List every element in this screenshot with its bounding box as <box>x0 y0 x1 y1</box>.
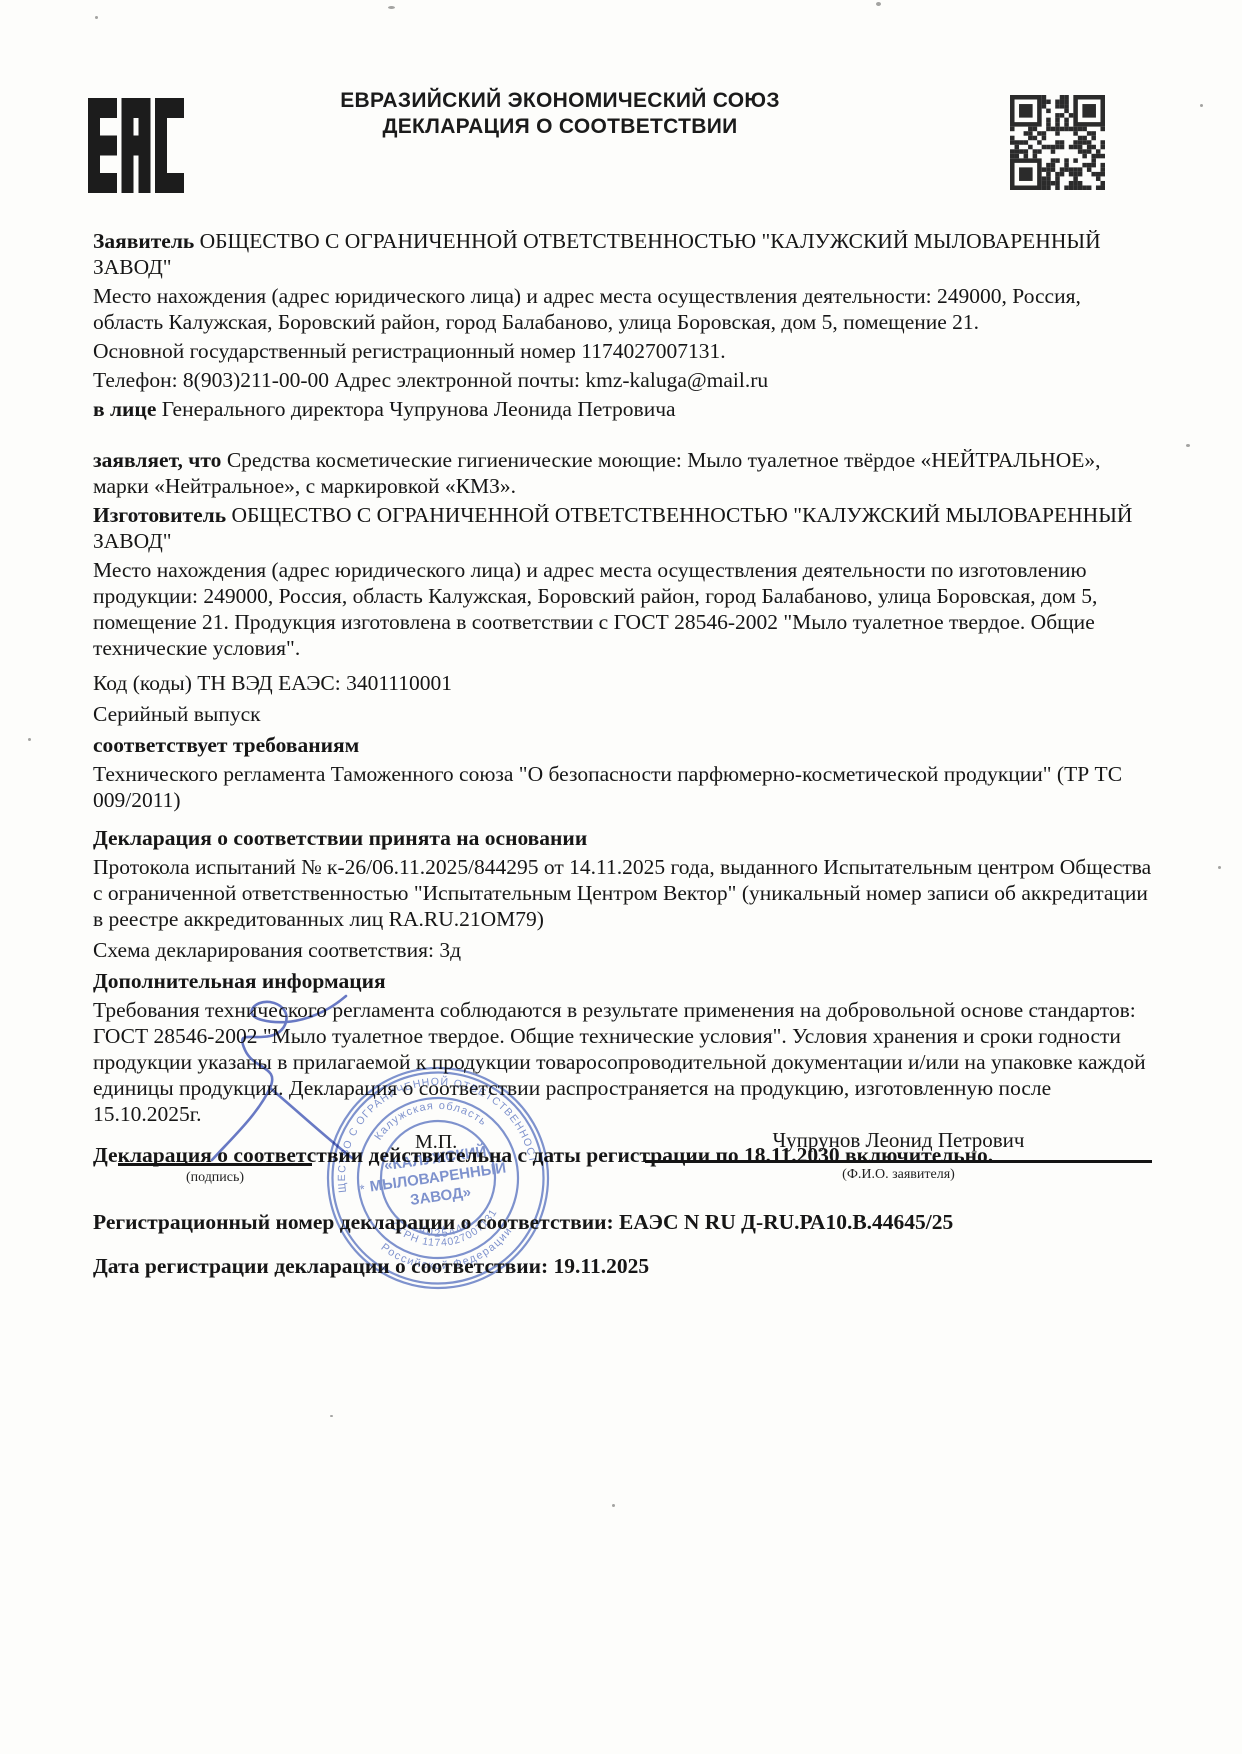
release-type-value: Серийный выпуск <box>93 702 261 726</box>
fio-line <box>645 1160 1152 1163</box>
protocol-line: Протокола испытаний № к-26/06.11.2025/84… <box>93 854 1155 932</box>
complies-heading: соответствует требованиям <box>93 732 1155 758</box>
phone-email-value: Телефон: 8(903)211-00-00 Адрес электронн… <box>93 368 768 392</box>
scan-artifact <box>1218 866 1221 869</box>
scan-artifact <box>95 16 98 19</box>
title-line-1: ЕВРАЗИЙСКИЙ ЭКОНОМИЧЕСКИЙ СОЮЗ <box>280 88 840 114</box>
signatory-name: Чупрунов Леонид Петрович <box>645 1128 1152 1153</box>
basis-heading-text: Декларация о соответствии принята на осн… <box>93 826 587 850</box>
fio-caption: (Ф.И.О. заявителя) <box>645 1167 1152 1183</box>
applicant-label: Заявитель <box>93 229 194 253</box>
basis-heading: Декларация о соответствии принята на осн… <box>93 825 1155 851</box>
in-person-line: в лице Генерального директора Чупрунова … <box>93 396 1155 422</box>
tnved-value: Код (коды) ТН ВЭД ЕАЭС: 3401110001 <box>93 671 452 695</box>
eac-logo <box>88 98 184 193</box>
registration-number-line: Регистрационный номер декларации о соотв… <box>93 1210 953 1235</box>
scan-artifact <box>330 1415 333 1417</box>
scheme-value: Схема декларирования соответствия: 3д <box>93 938 461 962</box>
stamp-star-left: * <box>359 1181 366 1197</box>
regulation-value: Технического регламента Таможенного союз… <box>93 762 1122 812</box>
applicant-address-line: Место нахождения (адрес юридического лиц… <box>93 283 1155 335</box>
protocol-value: Протокола испытаний № к-26/06.11.2025/84… <box>93 855 1151 931</box>
scan-artifact <box>28 738 31 741</box>
ogrn-value: Основной государственный регистрационный… <box>93 339 726 363</box>
applicant-line: Заявитель ОБЩЕСТВО С ОГРАНИЧЕННОЙ ОТВЕТС… <box>93 228 1155 280</box>
phone-email-line: Телефон: 8(903)211-00-00 Адрес электронн… <box>93 367 1155 393</box>
manufacturer-address-line: Место нахождения (адрес юридического лиц… <box>93 557 1155 661</box>
declares-label: заявляет, что <box>93 448 221 472</box>
scan-artifact <box>388 6 395 9</box>
manufacturer-address: Место нахождения (адрес юридического лиц… <box>93 558 1097 660</box>
in-person-label: в лице <box>93 397 156 421</box>
applicant-address: Место нахождения (адрес юридического лиц… <box>93 284 1081 334</box>
document-title: ЕВРАЗИЙСКИЙ ЭКОНОМИЧЕСКИЙ СОЮЗ ДЕКЛАРАЦИ… <box>280 88 840 140</box>
declares-value: Средства косметические гигиенические мою… <box>93 448 1101 498</box>
in-person-value: Генерального директора Чупрунова Леонида… <box>156 397 675 421</box>
complies-heading-text: соответствует требованиям <box>93 733 359 757</box>
manufacturer-label: Изготовитель <box>93 503 226 527</box>
declares-line: заявляет, что Средства косметические гиг… <box>93 447 1155 499</box>
scan-artifact <box>612 1504 615 1507</box>
applicant-value: ОБЩЕСТВО С ОГРАНИЧЕННОЙ ОТВЕТСТВЕННОСТЬЮ… <box>93 229 1101 279</box>
scheme-line: Схема декларирования соответствия: 3д <box>93 937 1155 963</box>
manufacturer-value: ОБЩЕСТВО С ОГРАНИЧЕННОЙ ОТВЕТСТВЕННОСТЬЮ… <box>93 503 1132 553</box>
title-line-2: ДЕКЛАРАЦИЯ О СООТВЕТСТВИИ <box>280 114 840 140</box>
declaration-document: ЕВРАЗИЙСКИЙ ЭКОНОМИЧЕСКИЙ СОЮЗ ДЕКЛАРАЦИ… <box>0 0 1242 1754</box>
scan-artifact <box>1200 104 1203 107</box>
tnved-line: Код (коды) ТН ВЭД ЕАЭС: 3401110001 <box>93 670 1155 696</box>
regulation-line: Технического регламента Таможенного союз… <box>93 761 1155 813</box>
scan-artifact <box>1186 444 1190 447</box>
qr-code <box>1010 95 1105 190</box>
registration-date-line: Дата регистрации декларации о соответств… <box>93 1254 649 1279</box>
ogrn-line: Основной государственный регистрационный… <box>93 338 1155 364</box>
manufacturer-line: Изготовитель ОБЩЕСТВО С ОГРАНИЧЕННОЙ ОТВ… <box>93 502 1155 554</box>
scan-artifact <box>876 2 881 6</box>
release-type-line: Серийный выпуск <box>93 701 1155 727</box>
